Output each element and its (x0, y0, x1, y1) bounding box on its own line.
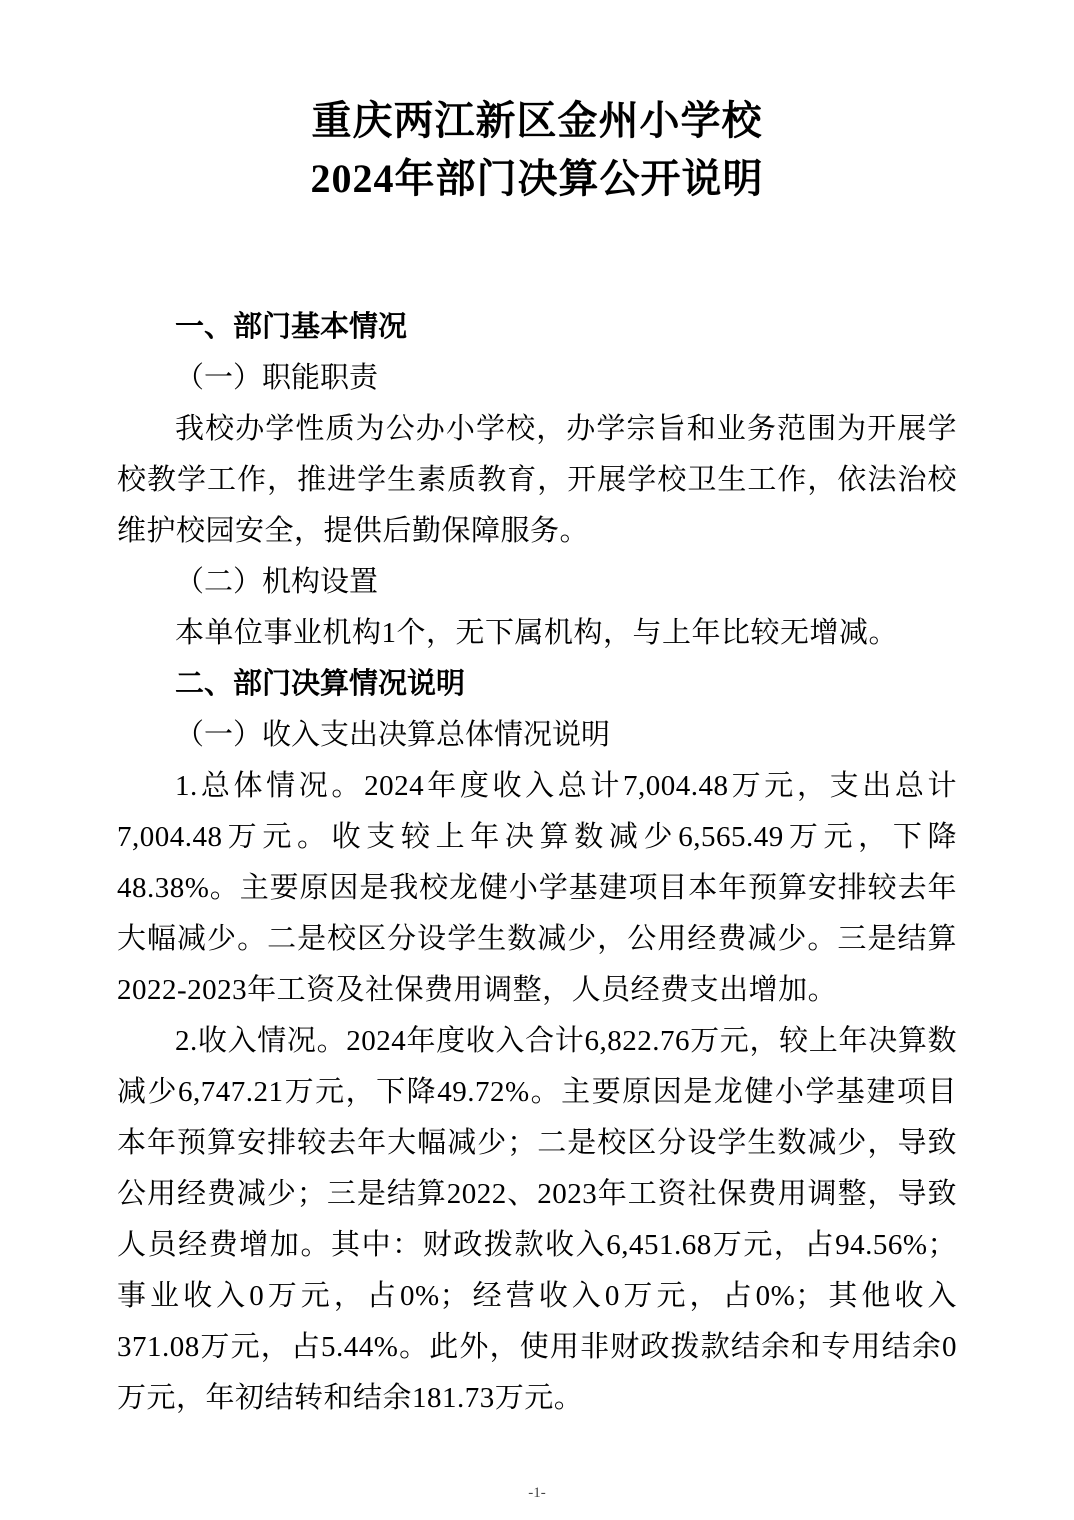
paragraph-income-situation: 2.收入情况。2024年度收入合计6,822.76万元，较上年决算数减少6,74… (117, 1016, 957, 1424)
paragraph-organization-setup: 本单位事业机构1个，无下属机构，与上年比较无增减。 (117, 608, 957, 659)
section-1-2-heading: （二）机构设置 (117, 557, 957, 608)
paragraph-functions-duties: 我校办学性质为公办小学校，办学宗旨和业务范围为开展学校教学工作，推进学生素质教育… (117, 404, 957, 557)
title-line-1: 重庆两江新区金州小学校 (117, 92, 957, 150)
paragraph-overall-situation: 1.总体情况。2024年度收入总计7,004.48万元，支出总计7,004.48… (117, 761, 957, 1016)
section-2-heading: 二、部门决算情况说明 (117, 659, 957, 710)
section-1-1-heading: （一）职能职责 (117, 353, 957, 404)
document-title: 重庆两江新区金州小学校 2024年部门决算公开说明 (117, 92, 957, 208)
page-number: -1- (0, 1485, 1074, 1502)
document-body: 一、部门基本情况 （一）职能职责 我校办学性质为公办小学校，办学宗旨和业务范围为… (117, 302, 957, 1424)
title-line-2: 2024年部门决算公开说明 (117, 150, 957, 208)
section-1-heading: 一、部门基本情况 (117, 302, 957, 353)
section-2-1-heading: （一）收入支出决算总体情况说明 (117, 710, 957, 761)
document-page: 重庆两江新区金州小学校 2024年部门决算公开说明 一、部门基本情况 （一）职能… (0, 0, 1074, 1520)
